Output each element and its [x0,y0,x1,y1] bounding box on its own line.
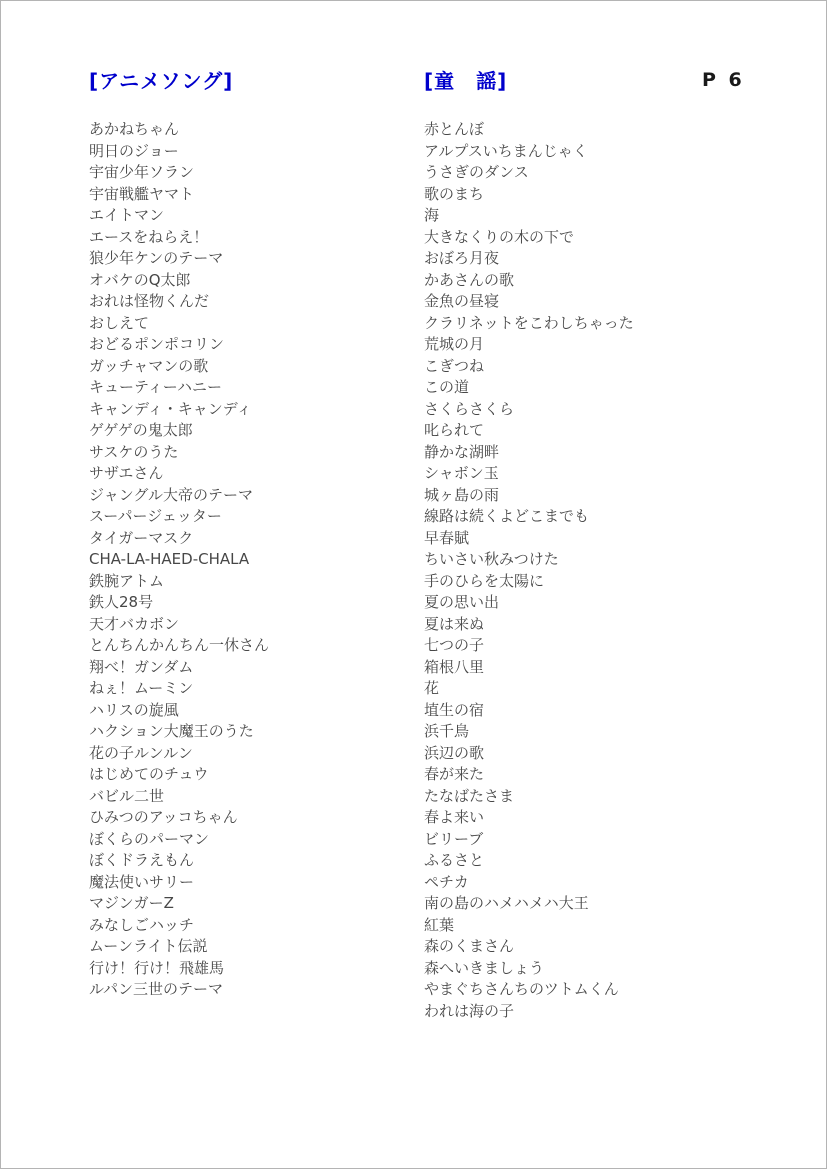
song-list-item: 南の島のハメハメハ大王 [424,893,754,915]
song-list-item: 海 [424,205,754,227]
song-list-item: 森のくまさん [424,936,754,958]
song-list-item: バビル二世 [89,786,419,808]
song-list-item: クラリネットをこわしちゃった [424,313,754,335]
song-list-item: タイガーマスク [89,528,419,550]
douyou-song-list: 赤とんぼ アルプスいちまんじゃく うさぎのダンス 歌のまち 海 大きなくりの木の… [424,119,754,1022]
song-list-item: 森へいきましょう [424,958,754,980]
song-list-item: ひみつのアッコちゃん [89,807,419,829]
anime-song-column: [アニメソング] あかねちゃん 明日のジョー 宇宙少年ソラン 宇宙戦艦ヤマト エ… [89,69,419,1001]
song-list-item: 静かな湖畔 [424,442,754,464]
song-list-item: 赤とんぼ [424,119,754,141]
song-list-item: 荒城の月 [424,334,754,356]
song-list-item: キャンディ・キャンディ [89,399,419,421]
song-list-item: たなばたさま [424,786,754,808]
song-list-item: 箱根八里 [424,657,754,679]
song-list-item: おしえて [89,313,419,335]
song-list-item: CHA-LA-HAED-CHALA [89,549,419,571]
song-list-item: オバケのQ太郎 [89,270,419,292]
song-list-item: 大きなくりの木の下で [424,227,754,249]
song-list-item: おどるポンポコリン [89,334,419,356]
song-list-item: 鉄人28号 [89,592,419,614]
song-list-item: 線路は続くよどこまでも [424,506,754,528]
songbook-index-page: P 6 [アニメソング] あかねちゃん 明日のジョー 宇宙少年ソラン 宇宙戦艦ヤ… [0,0,827,1169]
song-list-item: 宇宙戦艦ヤマト [89,184,419,206]
song-list-item: 夏は来ぬ [424,614,754,636]
song-list-item: 明日のジョー [89,141,419,163]
douyou-header: [童 謡] [424,69,754,93]
song-list-item: ねぇ！ムーミン [89,678,419,700]
song-list-item: 浜辺の歌 [424,743,754,765]
song-list-item: 紅葉 [424,915,754,937]
song-list-item: ちいさい秋みつけた [424,549,754,571]
song-list-item: われは海の子 [424,1001,754,1023]
song-list-item: ビリーブ [424,829,754,851]
song-list-item: キューティーハニー [89,377,419,399]
song-list-item: ハリスの旋風 [89,700,419,722]
song-list-item: 浜千鳥 [424,721,754,743]
song-list-item: かあさんの歌 [424,270,754,292]
song-list-item: 春よ来い [424,807,754,829]
song-list-item: ペチカ [424,872,754,894]
song-list-item: ぼくドラえもん [89,850,419,872]
song-list-item: ハクション大魔王のうた [89,721,419,743]
song-list-item: おぼろ月夜 [424,248,754,270]
song-list-item: とんちんかんちん一休さん [89,635,419,657]
song-list-item: やまぐちさんちのツトムくん [424,979,754,1001]
song-list-item: 鉄腕アトム [89,571,419,593]
song-list-item: 翔べ！ガンダム [89,657,419,679]
douyou-column: [童 謡] 赤とんぼ アルプスいちまんじゃく うさぎのダンス 歌のまち 海 大き… [424,69,754,1022]
anime-song-list: あかねちゃん 明日のジョー 宇宙少年ソラン 宇宙戦艦ヤマト エイトマン エースを… [89,119,419,1001]
song-list-item: 春が来た [424,764,754,786]
anime-song-header: [アニメソング] [89,69,419,93]
song-list-item: マジンガーZ [89,893,419,915]
song-list-item: 手のひらを太陽に [424,571,754,593]
song-list-item: アルプスいちまんじゃく [424,141,754,163]
song-list-item: 行け！行け！飛雄馬 [89,958,419,980]
song-list-item: 金魚の昼寝 [424,291,754,313]
song-list-item: サスケのうた [89,442,419,464]
song-list-item: エースをねらえ！ [89,227,419,249]
song-list-item: 花の子ルンルン [89,743,419,765]
song-list-item: 天才バカボン [89,614,419,636]
song-list-item: 花 [424,678,754,700]
song-list-item: 宇宙少年ソラン [89,162,419,184]
song-list-item: シャボン玉 [424,463,754,485]
song-list-item: ルパン三世のテーマ [89,979,419,1001]
song-list-item: ぼくらのパーマン [89,829,419,851]
song-list-item: サザエさん [89,463,419,485]
song-list-item: ふるさと [424,850,754,872]
song-list-item: 城ヶ島の雨 [424,485,754,507]
song-list-item: 早春賦 [424,528,754,550]
song-list-item: 夏の思い出 [424,592,754,614]
song-list-item: スーパージェッター [89,506,419,528]
song-list-item: 狼少年ケンのテーマ [89,248,419,270]
song-list-item: 叱られて [424,420,754,442]
song-list-item: ジャングル大帝のテーマ [89,485,419,507]
song-list-item: この道 [424,377,754,399]
song-list-item: 七つの子 [424,635,754,657]
song-list-item: 埴生の宿 [424,700,754,722]
song-list-item: みなしごハッチ [89,915,419,937]
song-list-item: うさぎのダンス [424,162,754,184]
song-list-item: ムーンライト伝説 [89,936,419,958]
song-list-item: あかねちゃん [89,119,419,141]
song-list-item: 魔法使いサリー [89,872,419,894]
song-list-item: こぎつね [424,356,754,378]
song-list-item: さくらさくら [424,399,754,421]
song-list-item: はじめてのチュウ [89,764,419,786]
song-list-item: エイトマン [89,205,419,227]
song-list-item: ガッチャマンの歌 [89,356,419,378]
song-list-item: おれは怪物くんだ [89,291,419,313]
song-list-item: ゲゲゲの鬼太郎 [89,420,419,442]
song-list-item: 歌のまち [424,184,754,206]
